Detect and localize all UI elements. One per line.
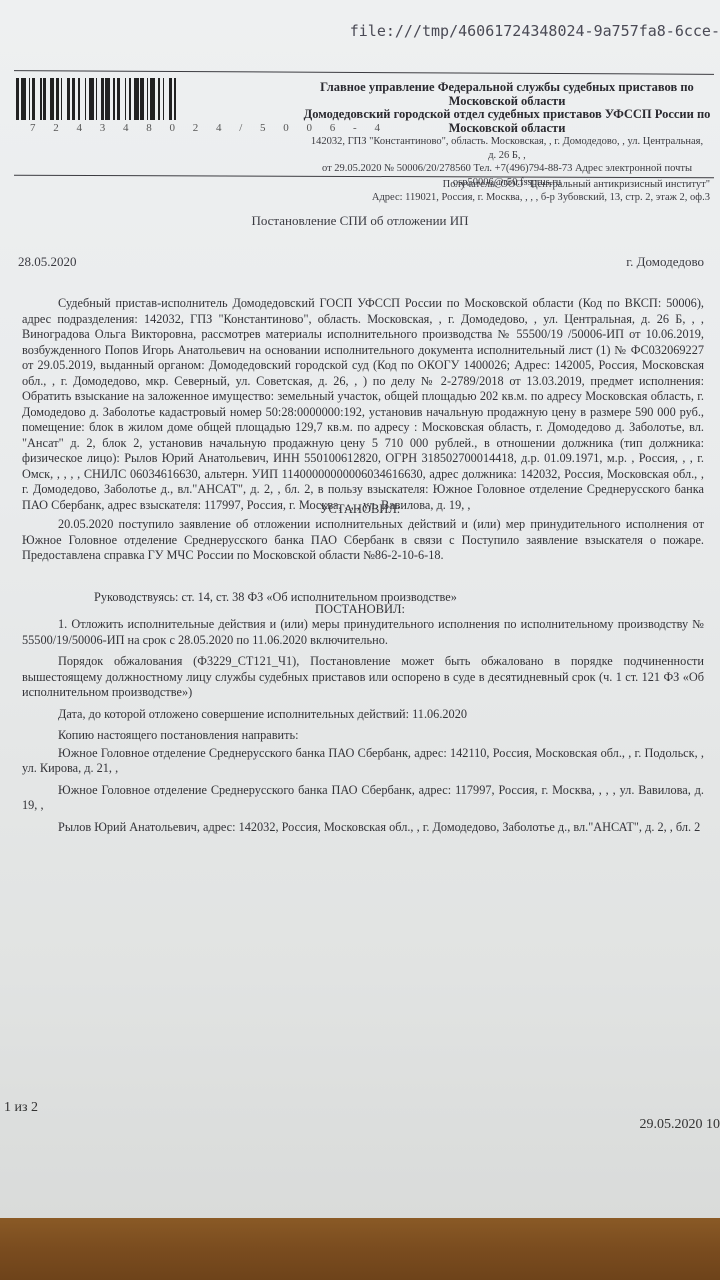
appeal-procedure: Порядок обжалования (Ф3229_СТ121_Ч1), По…: [22, 654, 704, 701]
desk-surface: [0, 1218, 720, 1280]
barcode-number: 7 2 4 3 4 8 0 2 4 / 5 0 0 6 - 4: [30, 122, 290, 134]
barcode: [16, 78, 291, 120]
document-page: file:///tmp/46061724348024-9a757fa8-6cce…: [0, 0, 720, 1220]
copy-recipient: Рылов Юрий Анатольевич, адрес: 142032, Р…: [22, 820, 704, 836]
org-name-line1: Главное управление Федеральной службы су…: [298, 81, 716, 95]
header-top-rule: [14, 70, 714, 75]
document-date: 28.05.2020: [18, 254, 77, 270]
document-city: г. Домодедово: [626, 254, 704, 270]
print-timestamp: 29.05.2020 10: [640, 1117, 720, 1133]
recipient-name: Получатель: ООО "Центральный антикризисн…: [372, 178, 710, 191]
intro-paragraph: Судебный пристав-исполнитель Домодедовск…: [22, 296, 704, 513]
issuer-header: Главное управление Федеральной службы су…: [298, 81, 716, 189]
org-name-line2: Московской области: [298, 95, 716, 109]
copy-recipient: Южное Головное отделение Среднерусского …: [22, 783, 704, 814]
reference-line: от 29.05.2020 № 50006/20/278560 Тел. +7(…: [298, 162, 716, 176]
dept-name-line1: Домодедовский городской отдел судебных п…: [298, 108, 716, 122]
document-title: Постановление СПИ об отложении ИП: [0, 213, 720, 229]
resolution-item-1: 1. Отложить исполнительные действия и (и…: [22, 617, 704, 648]
established-heading: УСТАНОВИЛ:: [0, 502, 720, 517]
dept-address-line1: 142032, ГПЗ "Константиново", область. Мо…: [298, 135, 716, 149]
copy-recipient: Южное Головное отделение Среднерусского …: [22, 746, 704, 777]
resolved-heading: ПОСТАНОВИЛ:: [0, 602, 720, 617]
postponed-until: Дата, до которой отложено совершение исп…: [22, 707, 704, 723]
established-paragraph: 20.05.2020 поступило заявление об отложе…: [22, 517, 704, 564]
recipient-block: Получатель: ООО "Центральный антикризисн…: [372, 178, 710, 204]
dept-address-line2: д. 26 Б, ,: [298, 149, 716, 163]
file-url: file:///tmp/46061724348024-9a757fa8-6cce…: [350, 22, 720, 40]
resolution-section: 1. Отложить исполнительные действия и (и…: [22, 617, 704, 841]
recipient-address: Адрес: 119021, Россия, г. Москва, , , , …: [372, 191, 710, 204]
page-number: 1 из 2: [4, 1100, 38, 1116]
copy-heading: Копию настоящего постановления направить…: [22, 728, 704, 744]
dept-name-line2: Московской области: [298, 122, 716, 136]
